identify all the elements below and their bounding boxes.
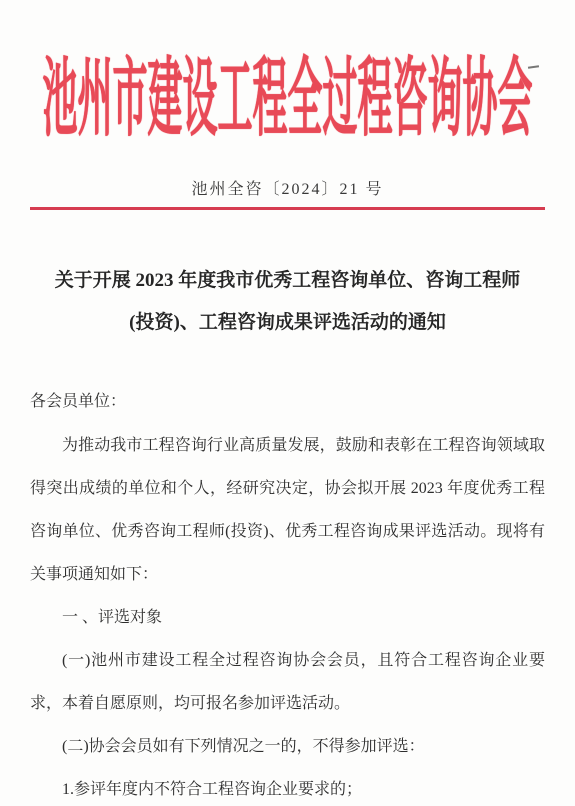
- document-page: 池州市建设工程全过程咨询协会 池州全咨〔2024〕21 号 关于开展 2023 …: [0, 0, 575, 806]
- org-name: 池州市建设工程全过程咨询协会: [42, 32, 532, 155]
- section-1-item: 1.参评年度内不符合工程咨询企业要求的；: [30, 768, 545, 806]
- notice-title-line2: (投资)、工程咨询成果评选活动的通知: [0, 302, 575, 344]
- section-1-heading: 一 、评选对象: [30, 596, 545, 639]
- salutation: 各会员单位：: [30, 392, 545, 412]
- red-divider-line: [30, 207, 545, 210]
- notice-title: 关于开展 2023 年度我市优秀工程咨询单位、咨询工程师 (投资)、工程咨询成果…: [0, 260, 575, 344]
- doc-number: 池州全咨〔2024〕21 号: [0, 176, 575, 199]
- section-1-item: (二)协会会员如有下列情况之一的，不得参加评选：: [30, 725, 545, 768]
- section-1-item: (一)池州市建设工程全过程咨询协会会员，且符合工程咨询企业要求，本着自愿原则，均…: [30, 639, 545, 725]
- body-text: 为推动我市工程咨询行业高质量发展，鼓励和表彰在工程咨询领域取得突出成绩的单位和个…: [30, 424, 545, 806]
- red-header: 池州市建设工程全过程咨询协会: [0, 46, 575, 140]
- notice-title-line1: 关于开展 2023 年度我市优秀工程咨询单位、咨询工程师: [0, 260, 575, 302]
- intro-paragraph: 为推动我市工程咨询行业高质量发展，鼓励和表彰在工程咨询领域取得突出成绩的单位和个…: [30, 424, 545, 596]
